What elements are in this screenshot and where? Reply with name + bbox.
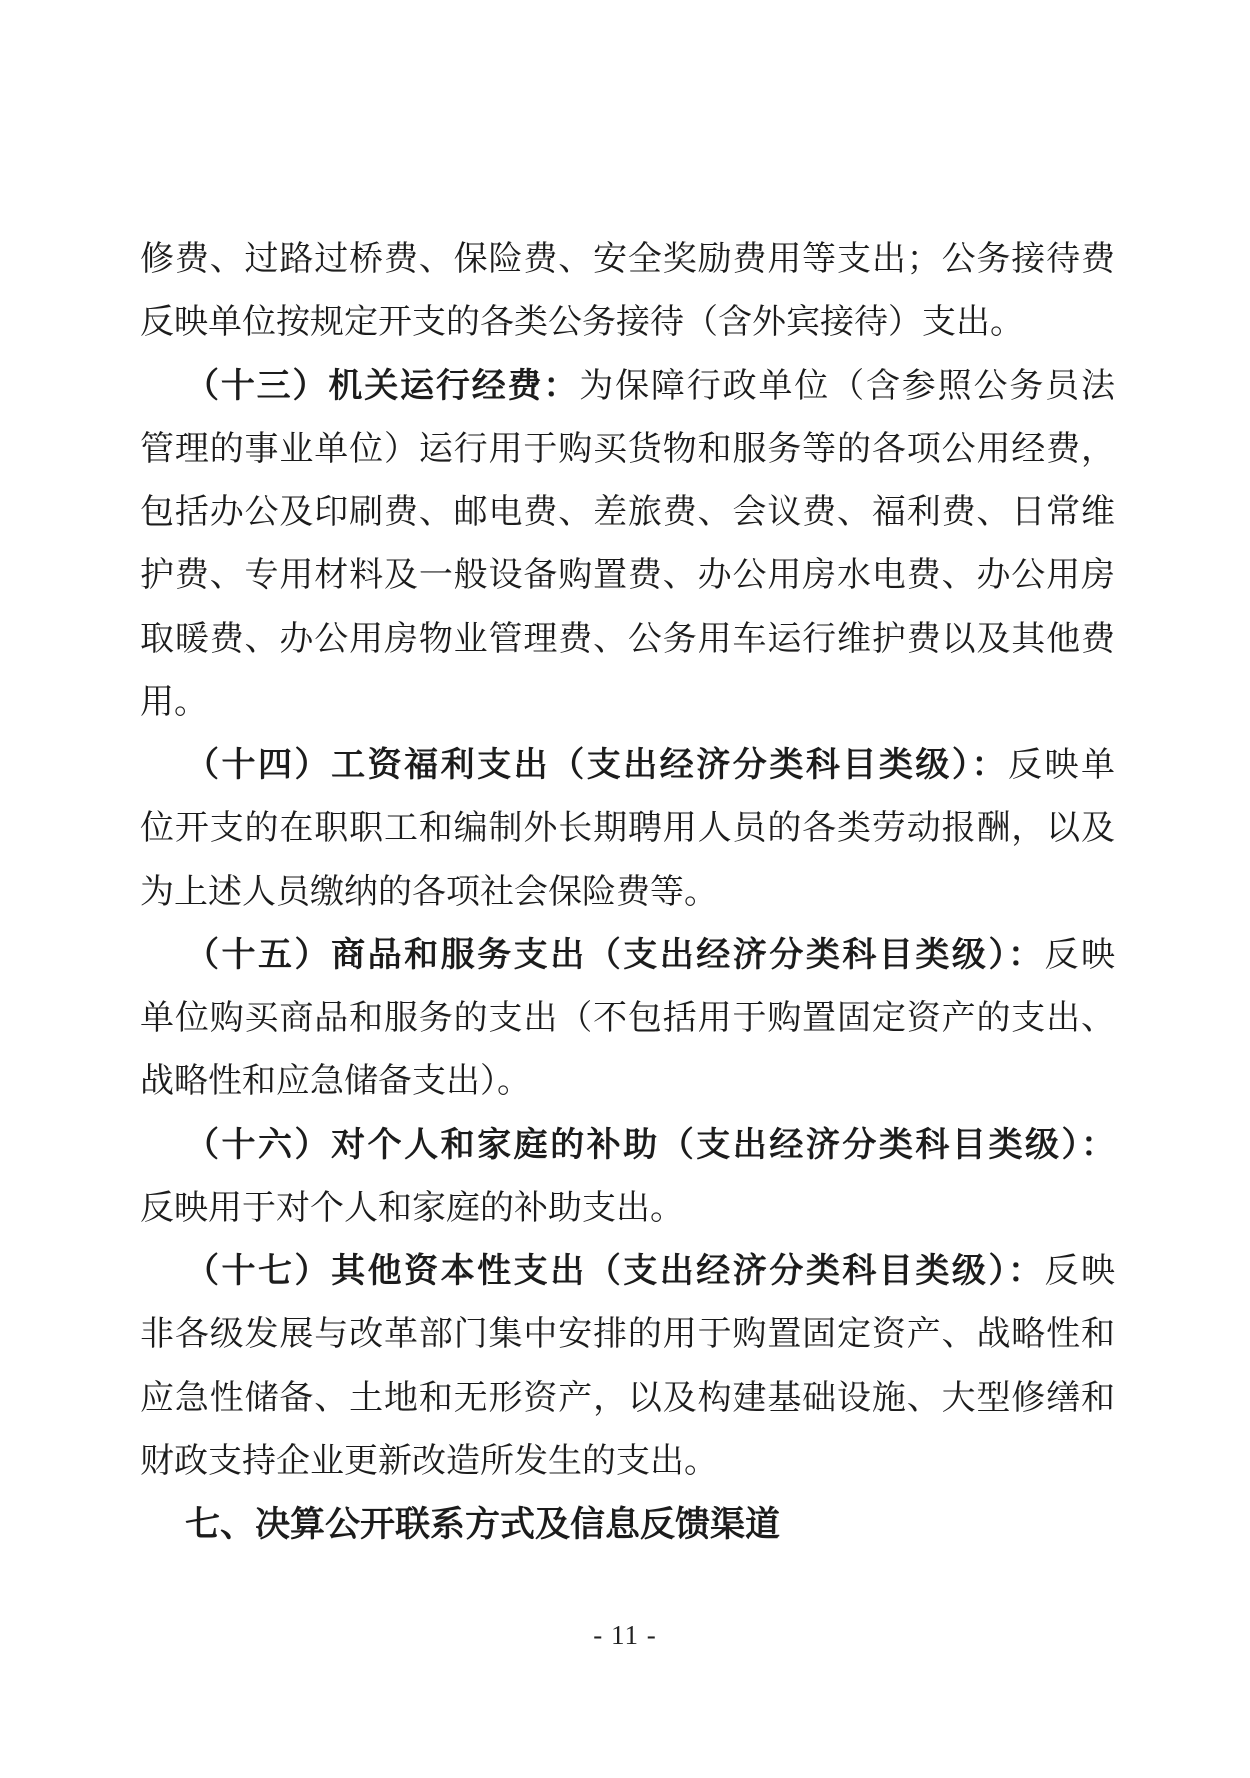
text-line: （十四）工资福利支出（支出经济分类科目类级）：反映单 (140, 734, 1115, 797)
text-segment: 非各级发展与改革部门集中安排的用于购置固定资产、战略性和 (140, 1316, 1115, 1353)
text-segment: 反映单位按规定开支的各类公务接待（含外宾接待）支出。 (140, 304, 1024, 341)
bold-text-segment: （十四）工资福利支出（支出经济分类科目类级）： (185, 747, 1008, 784)
text-line: （十七）其他资本性支出（支出经济分类科目类级）：反映 (140, 1240, 1115, 1303)
text-segment: 管理的事业单位）运行用于购买货物和服务等的各项公用经费， (140, 431, 1115, 468)
text-line: 应急性储备、土地和无形资产，以及构建基础设施、大型修缮和 (140, 1367, 1115, 1430)
text-line: 非各级发展与改革部门集中安排的用于购置固定资产、战略性和 (140, 1303, 1115, 1366)
text-segment: 反映单 (1008, 747, 1115, 784)
text-line: 包括办公及印刷费、邮电费、差旅费、会议费、福利费、日常维 (140, 481, 1115, 544)
text-segment: 为保障行政单位（含参照公务员法 (579, 368, 1115, 405)
text-segment: 为上述人员缴纳的各项社会保险费等。 (140, 874, 718, 911)
text-line: 管理的事业单位）运行用于购买货物和服务等的各项公用经费， (140, 418, 1115, 481)
text-line: 护费、专用材料及一般设备购置费、办公用房水电费、办公用房 (140, 544, 1115, 607)
text-line: 取暖费、办公用房物业管理费、公务用车运行维护费以及其他费 (140, 608, 1115, 671)
bold-text-segment: （十六）对个人和家庭的补助（支出经济分类科目类级）： (185, 1127, 1115, 1164)
text-line: 战略性和应急储备支出）。 (140, 1050, 1115, 1113)
text-segment: 包括办公及印刷费、邮电费、差旅费、会议费、福利费、日常维 (140, 494, 1115, 531)
text-segment: 应急性储备、土地和无形资产，以及构建基础设施、大型修缮和 (140, 1380, 1115, 1417)
text-segment: 单位购买商品和服务的支出（不包括用于购置固定资产的支出、 (140, 1000, 1115, 1037)
text-line: （十六）对个人和家庭的补助（支出经济分类科目类级）： (140, 1114, 1115, 1177)
section-heading-line: 七、决算公开联系方式及信息反馈渠道 (140, 1493, 1115, 1556)
document-body: 修费、过路过桥费、保险费、安全奖励费用等支出；公务接待费反映单位按规定开支的各类… (140, 228, 1115, 1556)
text-segment: 位开支的在职职工和编制外长期聘用人员的各类劳动报酬，以及 (140, 810, 1115, 847)
page-number: - 11 - (593, 1620, 656, 1650)
text-line: （十五）商品和服务支出（支出经济分类科目类级）：反映 (140, 924, 1115, 987)
text-segment: 取暖费、办公用房物业管理费、公务用车运行维护费以及其他费 (140, 621, 1115, 658)
document-page: 修费、过路过桥费、保险费、安全奖励费用等支出；公务接待费反映单位按规定开支的各类… (0, 0, 1250, 1778)
text-segment: 护费、专用材料及一般设备购置费、办公用房水电费、办公用房 (140, 557, 1115, 594)
bold-text-segment: （十三）机关运行经费： (185, 368, 579, 405)
text-line: 位开支的在职职工和编制外长期聘用人员的各类劳动报酬，以及 (140, 797, 1115, 860)
text-line: 财政支持企业更新改造所发生的支出。 (140, 1430, 1115, 1493)
bold-text-segment: （十七）其他资本性支出（支出经济分类科目类级）： (185, 1253, 1044, 1290)
text-segment: 反映用于对个人和家庭的补助支出。 (140, 1190, 684, 1227)
text-segment: 战略性和应急储备支出）。 (140, 1063, 531, 1100)
bold-text-segment: 七、决算公开联系方式及信息反馈渠道 (185, 1505, 780, 1544)
bold-text-segment: （十五）商品和服务支出（支出经济分类科目类级）： (185, 937, 1044, 974)
text-segment: 反映 (1044, 937, 1115, 974)
text-line: 反映用于对个人和家庭的补助支出。 (140, 1177, 1115, 1240)
text-line: 为上述人员缴纳的各项社会保险费等。 (140, 861, 1115, 924)
text-line: （十三）机关运行经费：为保障行政单位（含参照公务员法 (140, 355, 1115, 418)
text-segment: 财政支持企业更新改造所发生的支出。 (140, 1443, 718, 1480)
text-line: 单位购买商品和服务的支出（不包括用于购置固定资产的支出、 (140, 987, 1115, 1050)
text-line: 用。 (140, 671, 1115, 734)
text-segment: 修费、过路过桥费、保险费、安全奖励费用等支出；公务接待费 (140, 241, 1115, 278)
text-line: 修费、过路过桥费、保险费、安全奖励费用等支出；公务接待费 (140, 228, 1115, 291)
page-footer: - 11 - (0, 1620, 1250, 1651)
text-segment: 用。 (140, 684, 208, 721)
text-segment: 反映 (1044, 1253, 1115, 1290)
text-line: 反映单位按规定开支的各类公务接待（含外宾接待）支出。 (140, 291, 1115, 354)
